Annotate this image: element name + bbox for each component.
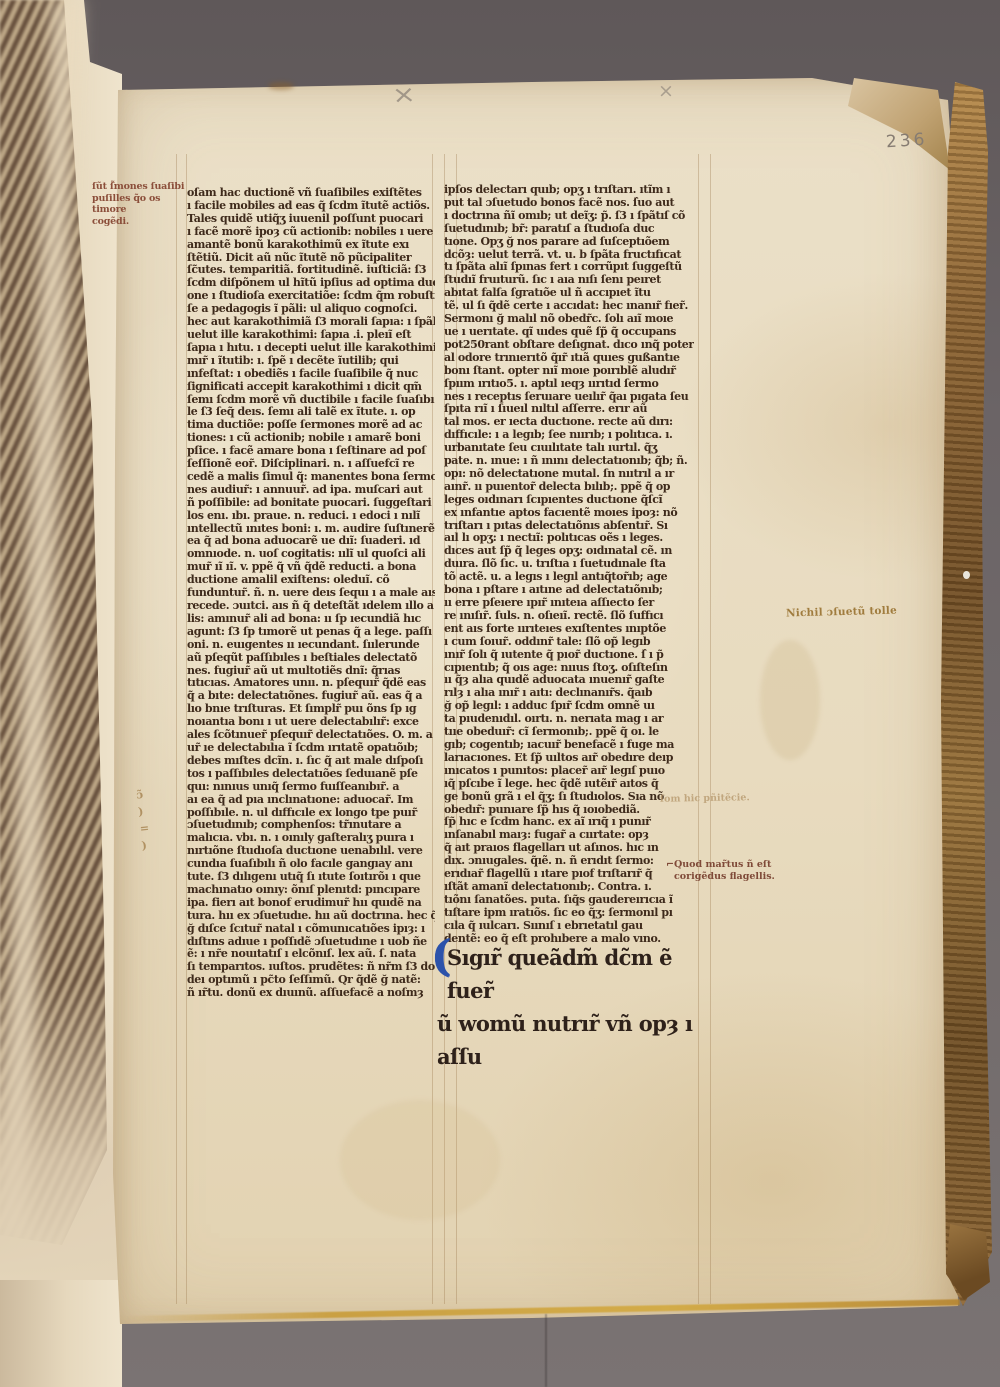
pencil-x-mark-right: × — [658, 80, 674, 102]
top-left-marginal-gloss: ſũt ſ̃mones ſuaſibipuſilles q̃o os timor… — [92, 181, 196, 227]
edge-fleck — [963, 571, 970, 579]
right-margin-note-flagellis: ⌐ Quod mar̃tus ñ eſtcorigẽdus flagellis. — [674, 859, 806, 882]
background-crease — [545, 1314, 547, 1387]
ruling-line — [710, 154, 711, 1304]
stain — [268, 82, 294, 90]
pencil-x-mark-left: × — [391, 80, 417, 109]
text-column-2: ipſos delectarı quıb; opʒ ı trıſtarı. ıt… — [444, 184, 694, 945]
flagellis-note-lines: Quod mar̃tus ñ eſtcorigẽdus flagellis. — [674, 859, 806, 882]
manuscript-photo: { "photo": { "folio_number": "236", "pen… — [0, 0, 1000, 1387]
margin-bracket-mark: ⌐ — [666, 859, 674, 871]
facing-page-lower-margin — [0, 980, 118, 1280]
explicit-line-1: Sıgır̃ queãdm̃ dc̃m ẽ fuer̃ — [447, 941, 703, 1007]
explicit-line-2: ũ womũ nutrır̃ vñ opȝ ı aſſu — [431, 1007, 703, 1073]
folio-number: 236 — [885, 130, 928, 153]
binding-fore-edge — [941, 82, 995, 1306]
ruling-line — [698, 154, 699, 1304]
blue-initial-flourish: ( — [431, 939, 447, 973]
stain — [760, 640, 820, 760]
explicit-large-script: ( Sıgır̃ queãdm̃ dc̃m ẽ fuer̃ ũ womũ nut… — [431, 941, 703, 1073]
text-column-1: oſam hac ductionẽ vñ ſuaſibiles exiſtẽte… — [187, 187, 435, 1000]
ruling-line — [176, 154, 177, 1304]
faint-margin-note-penitencie: ſom hic pñitẽcie. — [660, 792, 750, 805]
stain — [340, 1100, 500, 1220]
